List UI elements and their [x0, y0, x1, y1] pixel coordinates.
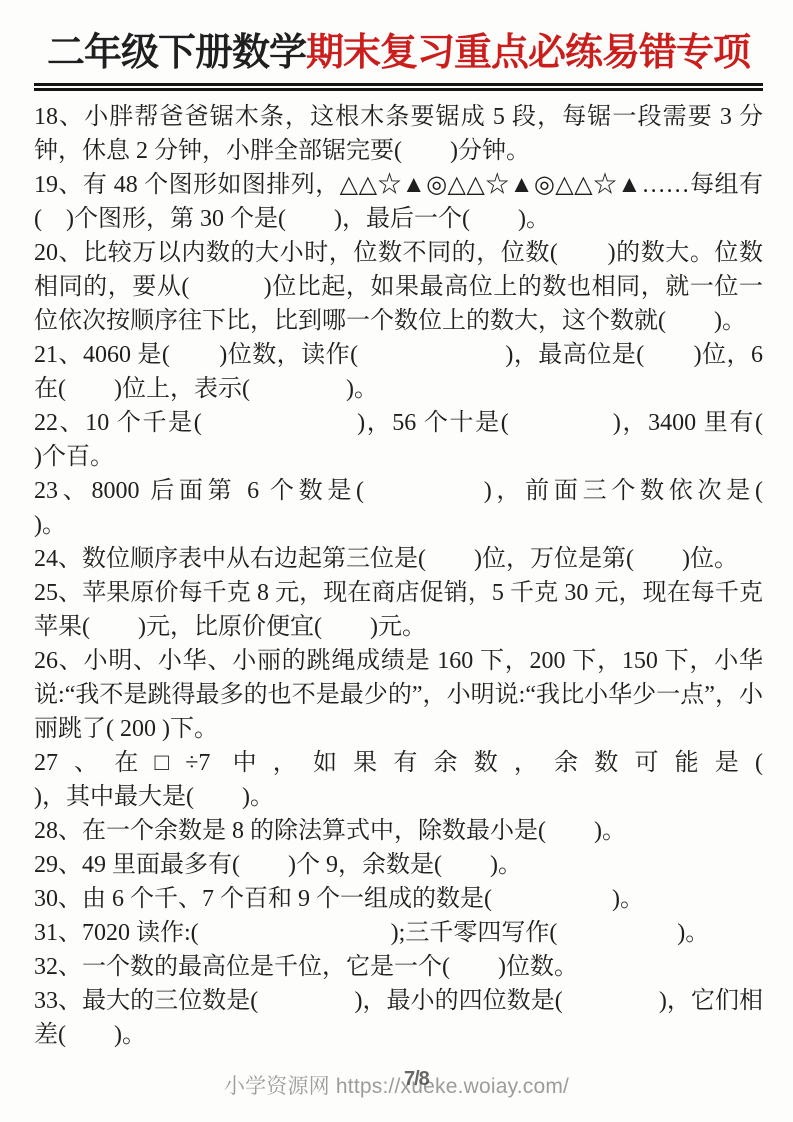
- page-title-black: 二年级下册数学: [47, 32, 306, 74]
- page-title-red: 期末复习重点必练易错专项: [306, 32, 750, 74]
- question-28: 28、在一个余数是 8 的除法算式中，除数最小是( )。: [34, 814, 763, 848]
- question-18: 18、小胖帮爸爸锯木条，这根木条要锯成 5 段，每锯一段需要 3 分钟，休息 2…: [34, 100, 763, 168]
- question-20: 20、比较万以内数的大小时，位数不同的，位数( )的数大。位数相同的，要从( )…: [34, 236, 763, 338]
- questions-list: 18、小胖帮爸爸锯木条，这根木条要锯成 5 段，每锯一段需要 3 分钟，休息 2…: [34, 100, 763, 1052]
- question-27: 27、在□÷7 中，如果有余数，余数可能是( )，其中最大是( )。: [34, 746, 763, 814]
- page-footer: 小学资源网 https://xueke.woiay.com/ 7/8: [0, 1070, 793, 1100]
- question-29: 29、49 里面最多有( )个 9，余数是( )。: [34, 848, 763, 882]
- page-title: 二年级下册数学期末复习重点必练易错专项: [34, 30, 763, 78]
- question-32: 32、一个数的最高位是千位，它是一个( )位数。: [34, 950, 763, 984]
- question-26: 26、小明、小华、小丽的跳绳成绩是 160 下，200 下，150 下，小华说:…: [34, 644, 763, 746]
- question-25: 25、苹果原价每千克 8 元，现在商店促销，5 千克 30 元，现在每千克苹果(…: [34, 576, 763, 644]
- question-21: 21、4060 是( )位数，读作( )，最高位是( )位，6 在( )位上，表…: [34, 338, 763, 406]
- footer-url: https://xueke.woiay.com/: [336, 1075, 569, 1098]
- question-31: 31、7020 读作:( );三千零四写作( )。: [34, 916, 763, 950]
- question-22: 22、10 个千是( )，56 个十是( )，3400 里有( )个百。: [34, 406, 763, 474]
- worksheet-header: 二年级下册数学期末复习重点必练易错专项: [34, 30, 763, 91]
- page-number-overlap: 7/8: [404, 1068, 429, 1091]
- question-19: 19、有 48 个图形如图排列，△△☆▲◎△△☆▲◎△△☆▲……每组有( )个图…: [34, 168, 763, 236]
- footer-site-name: 小学资源网: [224, 1075, 330, 1098]
- question-30: 30、由 6 个千、7 个百和 9 个一组成的数是( )。: [34, 882, 763, 916]
- question-24: 24、数位顺序表中从右边起第三位是( )位，万位是第( )位。: [34, 542, 763, 576]
- question-23: 23、8000 后面第 6 个数是( )，前面三个数依次是( )。: [34, 474, 763, 542]
- worksheet-page: 二年级下册数学期末复习重点必练易错专项 18、小胖帮爸爸锯木条，这根木条要锯成 …: [0, 0, 793, 1122]
- question-33: 33、最大的三位数是( )，最小的四位数是( )，它们相差( )。: [34, 984, 763, 1052]
